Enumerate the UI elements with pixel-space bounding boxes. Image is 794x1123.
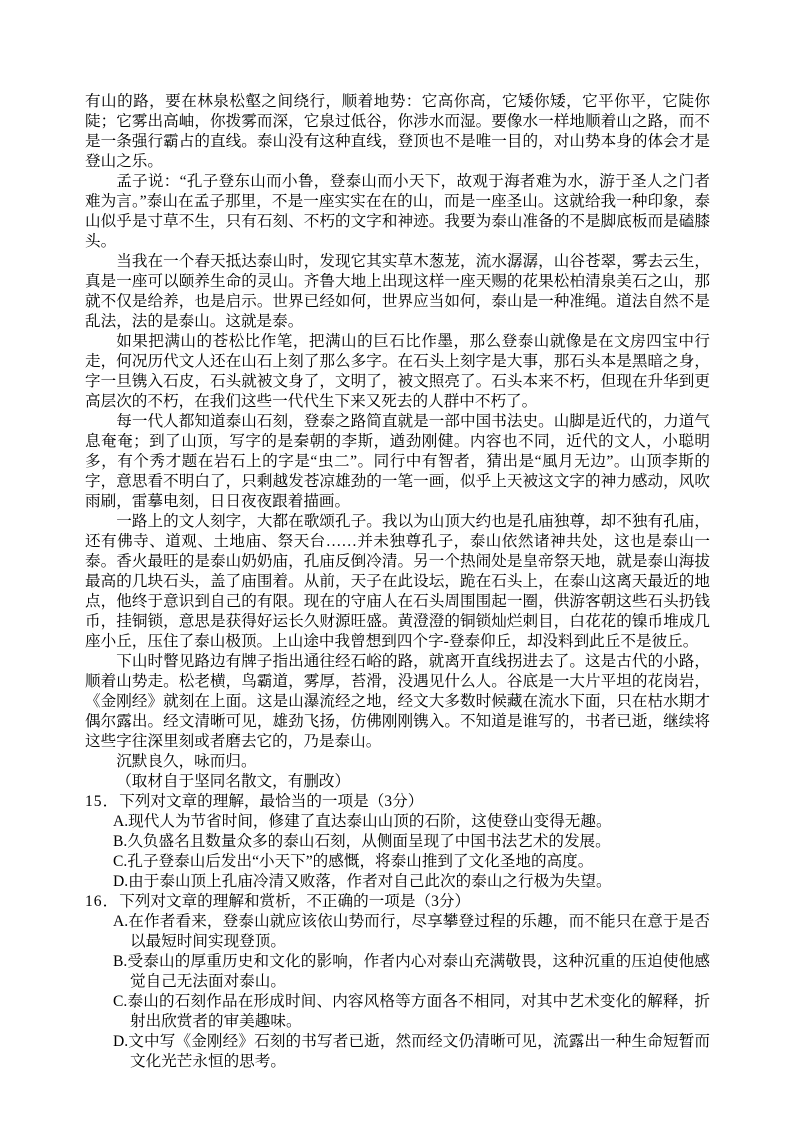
option-text: 文中写《金刚经》石刻的书写者已逝，然而经文仍清晰可见，流露出一种生命短暂而文化光… bbox=[128, 1033, 710, 1070]
essay-paragraph: 当我在一个春天抵达泰山时，发现它其实草木葱茏，流水潺潺，山谷苍翠，雾去云生，真是… bbox=[85, 252, 710, 332]
option-text: 在作者看来，登泰山就应该依山势而行，尽享攀登过程的乐趣，而不能只在意于是否以最短… bbox=[128, 913, 710, 950]
source-attribution: （取材自于坚同名散文，有删改） bbox=[85, 772, 710, 792]
option-label: D. bbox=[113, 873, 128, 890]
option-text: 孔子登泰山后发出“小天下”的感慨，将泰山推到了文化圣地的高度。 bbox=[127, 853, 593, 870]
question-stem: 15．下列对文章的理解，最恰当的一项是（3分） bbox=[85, 792, 710, 812]
question-stem: 16．下列对文章的理解和赏析，不正确的一项是（3分） bbox=[85, 892, 710, 912]
option-15-c: C.孔子登泰山后发出“小天下”的感慨，将泰山推到了文化圣地的高度。 bbox=[85, 852, 710, 872]
essay-paragraph: 如果把满山的苍松比作笔，把满山的巨石比作墨，那么登泰山就像是在文房四宝中行走，何… bbox=[85, 332, 710, 412]
option-15-b: B.久负盛名且数量众多的泰山石刻，从侧面呈现了中国书法艺术的发展。 bbox=[85, 832, 710, 852]
option-label: D. bbox=[113, 1033, 128, 1050]
essay-paragraph: 有山的路，要在林泉松壑之间绕行，顺着地势：它高你高，它矮你矮，它平你平，它陡你陡… bbox=[85, 92, 710, 172]
option-label: C. bbox=[113, 853, 127, 870]
option-text: 现代人为节省时间，修建了直达泰山山顶的石阶，这使登山变得无趣。 bbox=[128, 813, 611, 830]
question-stem-text: 下列对文章的理解，最恰当的一项是（3分） bbox=[119, 793, 423, 810]
option-16-a: A.在作者看来，登泰山就应该依山势而行，尽享攀登过程的乐趣，而不能只在意于是否以… bbox=[85, 912, 710, 952]
option-16-b: B.受泰山的厚重历史和文化的影响，作者内心对泰山充满敬畏，这种沉重的压迫使他感觉… bbox=[85, 952, 710, 992]
question-number: 16． bbox=[85, 893, 119, 910]
option-label: B. bbox=[113, 953, 127, 970]
option-16-c: C.泰山的石刻作品在形成时间、内容风格等方面各不相同，对其中艺术变化的解释，折射… bbox=[85, 992, 710, 1032]
option-label: B. bbox=[113, 833, 127, 850]
option-text: 由于泰山顶上孔庙冷清又败落，作者对自己此次的泰山之行极为失望。 bbox=[128, 873, 611, 890]
option-15-a: A.现代人为节省时间，修建了直达泰山山顶的石阶，这使登山变得无趣。 bbox=[85, 812, 710, 832]
essay-body: 有山的路，要在林泉松壑之间绕行，顺着地势：它高你高，它矮你矮，它平你平，它陡你陡… bbox=[85, 92, 710, 792]
question-number: 15． bbox=[85, 793, 119, 810]
essay-paragraph: 每一代人都知道泰山石刻，登泰之路简直就是一部中国书法史。山脚是近代的，力道气息奄… bbox=[85, 412, 710, 512]
option-16-d: D.文中写《金刚经》石刻的书写者已逝，然而经文仍清晰可见，流露出一种生命短暂而文… bbox=[85, 1032, 710, 1072]
question-16: 16．下列对文章的理解和赏析，不正确的一项是（3分） A.在作者看来，登泰山就应… bbox=[85, 892, 710, 1072]
essay-paragraph: 沉默良久，咏而归。 bbox=[85, 752, 710, 772]
essay-paragraph: 孟子说：“孔子登东山而小鲁，登泰山而小天下，故观于海者难为水，游于圣人之门者难为… bbox=[85, 172, 710, 252]
option-label: A. bbox=[113, 813, 128, 830]
option-label: C. bbox=[113, 993, 127, 1010]
question-stem-text: 下列对文章的理解和赏析，不正确的一项是（3分） bbox=[119, 893, 470, 910]
option-label: A. bbox=[113, 913, 128, 930]
essay-paragraph: 下山时瞥见路边有牌子指出通往经石峪的路，就离开直线拐进去了。这是古代的小路，顺着… bbox=[85, 652, 710, 752]
essay-paragraph: 一路上的文人刻字，大都在歌颂孔子。我以为山顶大约也是孔庙独尊，却不独有孔庙，还有… bbox=[85, 512, 710, 652]
option-text: 泰山的石刻作品在形成时间、内容风格等方面各不相同，对其中艺术变化的解释，折射出欣… bbox=[127, 993, 710, 1030]
option-text: 受泰山的厚重历史和文化的影响，作者内心对泰山充满敬畏，这种沉重的压迫使他感觉自己… bbox=[127, 953, 710, 990]
option-text: 久负盛名且数量众多的泰山石刻，从侧面呈现了中国书法艺术的发展。 bbox=[127, 833, 610, 850]
document-page: 有山的路，要在林泉松壑之间绕行，顺着地势：它高你高，它矮你矮，它平你平，它陡你陡… bbox=[0, 0, 794, 1123]
option-15-d: D.由于泰山顶上孔庙冷清又败落，作者对自己此次的泰山之行极为失望。 bbox=[85, 872, 710, 892]
question-15: 15．下列对文章的理解，最恰当的一项是（3分） A.现代人为节省时间，修建了直达… bbox=[85, 792, 710, 892]
